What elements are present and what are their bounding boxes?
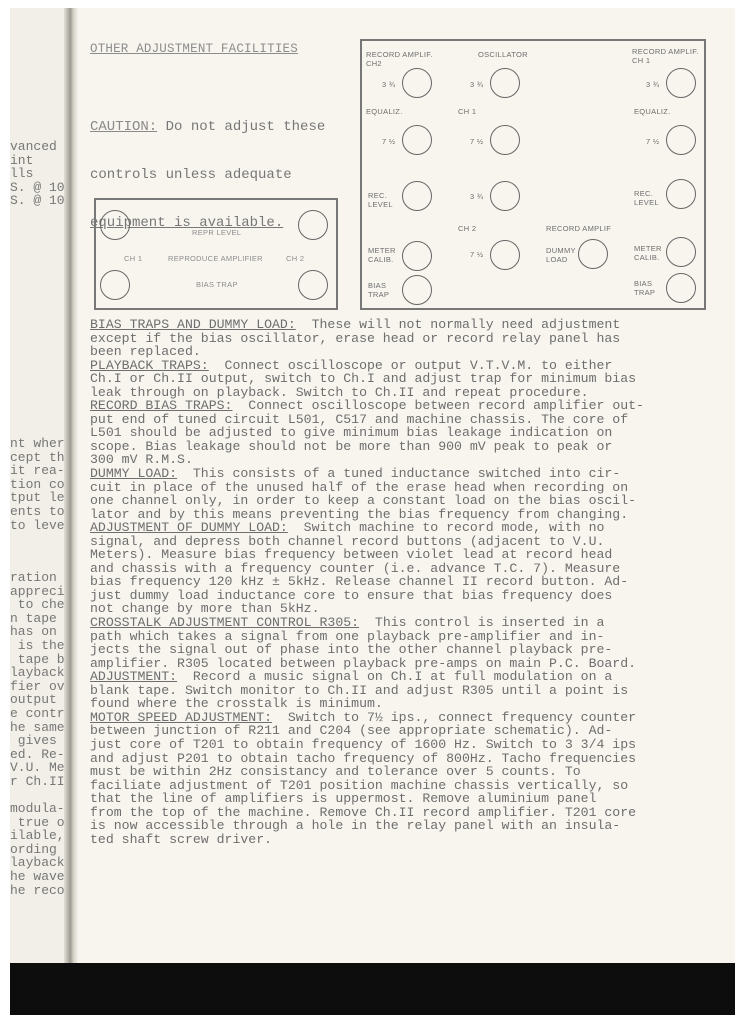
record-amplif-ch1-label: RECORD AMPLIF. CH 1 bbox=[632, 47, 699, 65]
bias-trap-left-label: BIAS TRAP bbox=[368, 281, 389, 299]
meter-calib-right-label: METER CALIB. bbox=[634, 244, 662, 262]
repr-level-ch2-knob bbox=[298, 210, 328, 240]
text-line: signal, and depress both channel record … bbox=[90, 535, 720, 549]
record-amplif-ch2-label: RECORD AMPLIF. CH2 bbox=[366, 50, 433, 68]
equaliz-left-label: EQUALIZ. bbox=[366, 107, 403, 116]
text-line: L501 should be adjusted to give minimum … bbox=[90, 426, 720, 440]
meter-calib-ch1-knob bbox=[666, 237, 696, 267]
oscillator-label: OSCILLATOR bbox=[478, 50, 528, 59]
section-start-line: RECORD BIAS TRAPS: Connect oscilloscope … bbox=[90, 399, 720, 413]
text-line: one channel only, in order to keep a con… bbox=[90, 494, 720, 508]
speed-label: 3 ¾ bbox=[382, 80, 395, 89]
speed-label: 3 ¾ bbox=[470, 192, 483, 201]
dummy-load-label: DUMMY LOAD bbox=[546, 246, 576, 264]
previous-page-fragment-1: vanced int lls S. @ 10 S. @ 10 bbox=[10, 140, 65, 208]
bias-trap-right-label: BIAS TRAP bbox=[634, 279, 655, 297]
scan-bottom-band bbox=[10, 963, 735, 1015]
text-line: just dummy load inductance core to ensur… bbox=[90, 589, 720, 603]
rec-level-right-label: REC. LEVEL bbox=[634, 189, 659, 207]
section-start-line: CROSSTALK ADJUSTMENT CONTROL R305: This … bbox=[90, 616, 720, 630]
text-line: found where the crosstalk is minimum. bbox=[90, 697, 720, 711]
speed-label: 3 ¾ bbox=[646, 80, 659, 89]
section-start-line: DUMMY LOAD: This consists of a tuned ind… bbox=[90, 467, 720, 481]
ch1-label: CH 1 bbox=[124, 254, 142, 263]
oscillator-7-1-2-knob bbox=[490, 125, 520, 155]
previous-page-edge: vanced int lls S. @ 10 S. @ 10 nt where … bbox=[10, 8, 72, 963]
adjustment-instructions: BIAS TRAPS AND DUMMY LOAD: These will no… bbox=[90, 318, 720, 846]
text-line: scope. Bias leakage should not be more t… bbox=[90, 440, 720, 454]
bias-trap-ch2-knob bbox=[298, 270, 328, 300]
text-line: Ch.I or Ch.II output, switch to Ch.I and… bbox=[90, 372, 720, 386]
speed-label: 3 ¾ bbox=[470, 80, 483, 89]
previous-page-fragment-3: ration i apprecia to chec n tape has on … bbox=[10, 571, 72, 897]
text-line: bias frequency 120 kHz ± 5kHz. Release c… bbox=[90, 575, 720, 589]
text-line: jects the signal out of phase into the o… bbox=[90, 643, 720, 657]
text-line: leak through on playback. Switch to Ch.I… bbox=[90, 386, 720, 400]
text-line: faciliate adjustment of T201 position ma… bbox=[90, 779, 720, 793]
text-line: amplifier. R305 located between playback… bbox=[90, 657, 720, 671]
rec-level-ch1-knob bbox=[666, 179, 696, 209]
section-start-line: ADJUSTMENT OF DUMMY LOAD: Switch machine… bbox=[90, 521, 720, 535]
dummy-load-knob bbox=[578, 239, 608, 269]
equaliz-ch2-7-1-2-knob bbox=[402, 125, 432, 155]
text-line: and adjust P201 to obtain tacho frequenc… bbox=[90, 752, 720, 766]
ch2-3-3-4-knob bbox=[490, 181, 520, 211]
ch2-7-1-2-knob bbox=[490, 240, 520, 270]
record-ch2-3-3-4-knob bbox=[402, 68, 432, 98]
section-heading: OTHER ADJUSTMENT FACILITIES bbox=[90, 42, 298, 56]
equaliz-ch1-7-1-2-knob bbox=[666, 125, 696, 155]
text-line: cuit in place of the unused half of the … bbox=[90, 481, 720, 495]
text-line: that the line of amplifiers is uppermost… bbox=[90, 792, 720, 806]
text-line: ted shaft screw driver. bbox=[90, 833, 720, 847]
text-line: Meters). Measure bias frequency between … bbox=[90, 548, 720, 562]
record-amplif-label: RECORD AMPLIF bbox=[546, 224, 611, 233]
speed-label: 7 ½ bbox=[470, 137, 483, 146]
text-line: from the top of the machine. Remove Ch.I… bbox=[90, 806, 720, 820]
caution-label: CAUTION: bbox=[90, 119, 157, 135]
text-line: put end of tuned circuit L501, C517 and … bbox=[90, 413, 720, 427]
oscillator-3-3-4-knob bbox=[490, 68, 520, 98]
section-start-line: PLAYBACK TRAPS: Connect oscilloscope or … bbox=[90, 359, 720, 373]
bias-trap-ch1-knob bbox=[666, 273, 696, 303]
text-line: except if the bias oscillator, erase hea… bbox=[90, 332, 720, 346]
text-line: and chassis with a frequency counter (i.… bbox=[90, 562, 720, 576]
text-line: not change by more than 5kHz. bbox=[90, 602, 720, 616]
record-ch1-3-3-4-knob bbox=[666, 68, 696, 98]
ch1-center-label: CH 1 bbox=[458, 107, 476, 116]
text-line: been replaced. bbox=[90, 345, 720, 359]
ch2-label: CH 2 bbox=[286, 254, 304, 263]
bias-trap-ch2-knob bbox=[402, 275, 432, 305]
speed-label: 7 ½ bbox=[470, 250, 483, 259]
reproduce-amplifier-label: REPRODUCE AMPLIFIER bbox=[168, 254, 263, 263]
text-line: is now accessible through a hole in the … bbox=[90, 819, 720, 833]
repr-level-label: REPR LEVEL bbox=[192, 228, 241, 237]
meter-calib-ch2-knob bbox=[402, 241, 432, 271]
section-start-line: MOTOR SPEED ADJUSTMENT: Switch to 7½ ips… bbox=[90, 711, 720, 725]
bias-trap-ch1-knob bbox=[100, 270, 130, 300]
reproduce-amplifier-panel-diagram: REPR LEVEL CH 1 REPRODUCE AMPLIFIER CH 2… bbox=[94, 198, 338, 310]
text-line: between junction of R211 and C204 (see a… bbox=[90, 724, 720, 738]
equaliz-right-label: EQUALIZ. bbox=[634, 107, 671, 116]
meter-calib-left-label: METER CALIB. bbox=[368, 246, 396, 264]
ch2-center-label: CH 2 bbox=[458, 224, 476, 233]
text-line: lator and by this means preventing the b… bbox=[90, 508, 720, 522]
speed-label: 7 ½ bbox=[382, 137, 395, 146]
text-line: blank tape. Switch monitor to Ch.II and … bbox=[90, 684, 720, 698]
previous-page-fragment-2: nt where cept tha it rea- tion cor tput … bbox=[10, 437, 72, 532]
repr-level-ch1-knob bbox=[100, 210, 130, 240]
text-line: must be within 2Hz consistancy and toler… bbox=[90, 765, 720, 779]
record-amplifier-panel-diagram: RECORD AMPLIF. CH2 OSCILLATOR RECORD AMP… bbox=[360, 39, 706, 310]
text-line: path which takes a signal from one playb… bbox=[90, 630, 720, 644]
page-gutter-shadow bbox=[64, 8, 78, 963]
rec-level-ch2-knob bbox=[402, 181, 432, 211]
section-start-line: ADJUSTMENT: Record a music signal on Ch.… bbox=[90, 670, 720, 684]
bias-trap-label: BIAS TRAP bbox=[196, 280, 238, 289]
text-line: just core of T201 to obtain frequency of… bbox=[90, 738, 720, 752]
speed-label: 7 ½ bbox=[646, 137, 659, 146]
section-start-line: BIAS TRAPS AND DUMMY LOAD: These will no… bbox=[90, 318, 720, 332]
rec-level-left-label: REC. LEVEL bbox=[368, 191, 393, 209]
text-line: 300 mV R.M.S. bbox=[90, 453, 720, 467]
